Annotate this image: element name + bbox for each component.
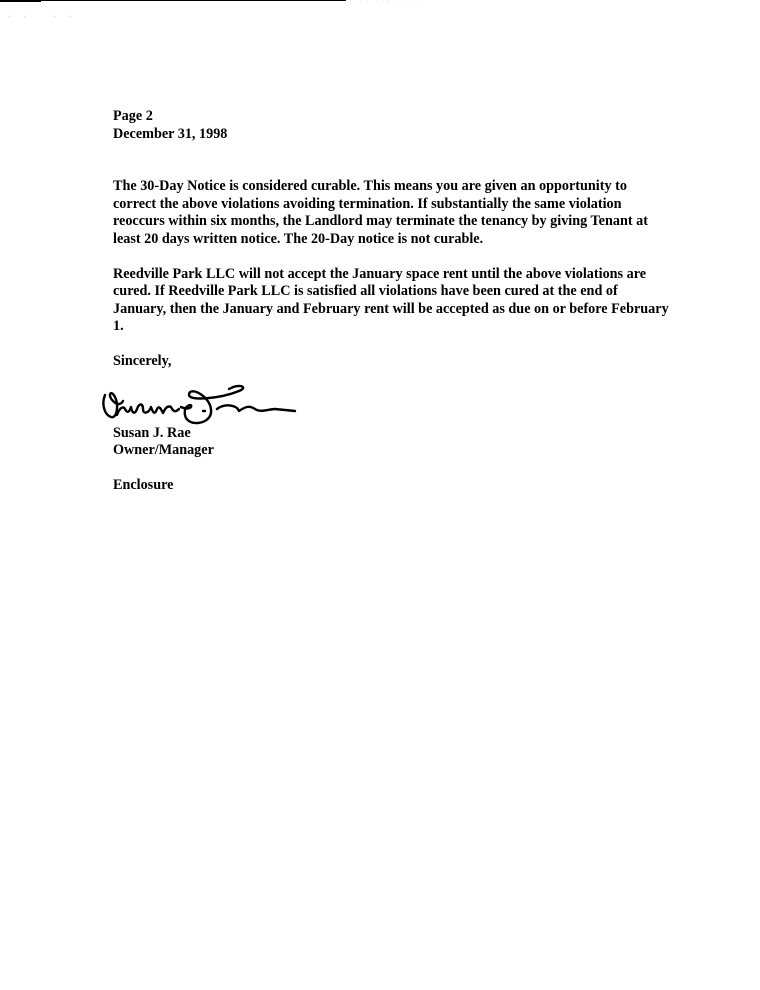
letter-header: Page 2 December 31, 1998: [113, 108, 673, 143]
signer-name: Susan J. Rae: [113, 425, 673, 443]
signature-icon: [99, 375, 299, 431]
closing-salutation: Sincerely,: [113, 353, 673, 371]
letter-date: December 31, 1998: [113, 126, 673, 144]
signer-title: Owner/Manager: [113, 442, 673, 460]
page-label: Page 2: [113, 108, 673, 126]
paragraph-rent-acceptance: Reedville Park LLC will not accept the J…: [113, 266, 673, 336]
scan-artifact-specks: · · · ·: [8, 14, 78, 20]
scan-artifact-line: [41, 0, 346, 1]
scan-artifact-edge: [0, 0, 41, 2]
letter-page: Page 2 December 31, 1998 The 30-Day Noti…: [113, 108, 673, 495]
paragraph-curable-notice: The 30-Day Notice is considered curable.…: [113, 178, 673, 248]
scan-artifact-specks: ·· ····· · ·: [360, 0, 427, 5]
enclosure-note: Enclosure: [113, 477, 673, 495]
